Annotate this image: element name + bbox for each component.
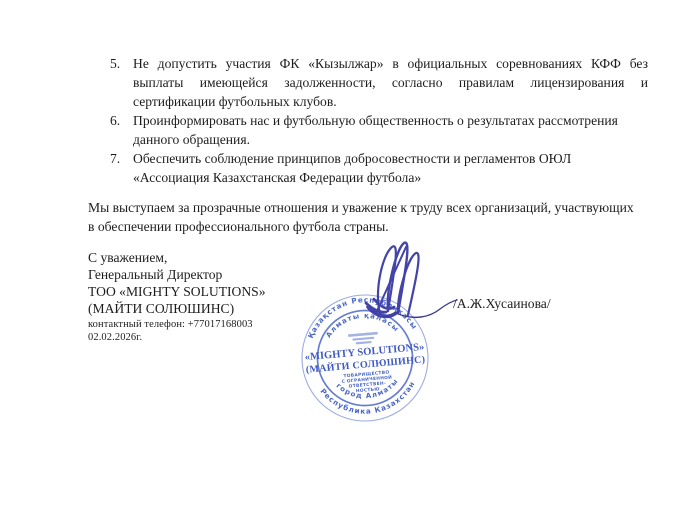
list-item-7: 7. Обеспечить соблюдение принципов добро… xyxy=(88,149,648,187)
list-item-5: 5. Не допустить участия ФК «Кызылжар» в … xyxy=(88,54,648,111)
list-item-line: данного обращения. xyxy=(133,130,648,149)
list-item-line: Не допустить участия ФК «Кызылжар» в офи… xyxy=(133,54,648,73)
illegible-text-smudge xyxy=(348,332,379,345)
list-item-line: выплаты имеющейся задолженности, согласн… xyxy=(133,73,648,92)
letter-page: 5. Не допустить участия ФК «Кызылжар» в … xyxy=(0,0,697,510)
handwritten-signature xyxy=(330,233,470,333)
closing-paragraph: Мы выступаем за прозрачные отношения и у… xyxy=(88,198,648,236)
paragraph-line: Мы выступаем за прозрачные отношения и у… xyxy=(88,198,648,217)
list-number: 6. xyxy=(110,111,120,130)
list-item-line: Обеспечить соблюдение принципов добросов… xyxy=(133,149,648,168)
list-item-line: Проинформировать нас и футбольную общест… xyxy=(133,111,648,130)
list-item-line: «Ассоциация Казахстанская Федерации футб… xyxy=(133,168,648,187)
list-number: 5. xyxy=(110,54,120,73)
list-number: 7. xyxy=(110,149,120,168)
list-item-line: сертификации футбольных клубов. xyxy=(133,92,648,111)
list-item-6: 6. Проинформировать нас и футбольную общ… xyxy=(88,111,648,149)
